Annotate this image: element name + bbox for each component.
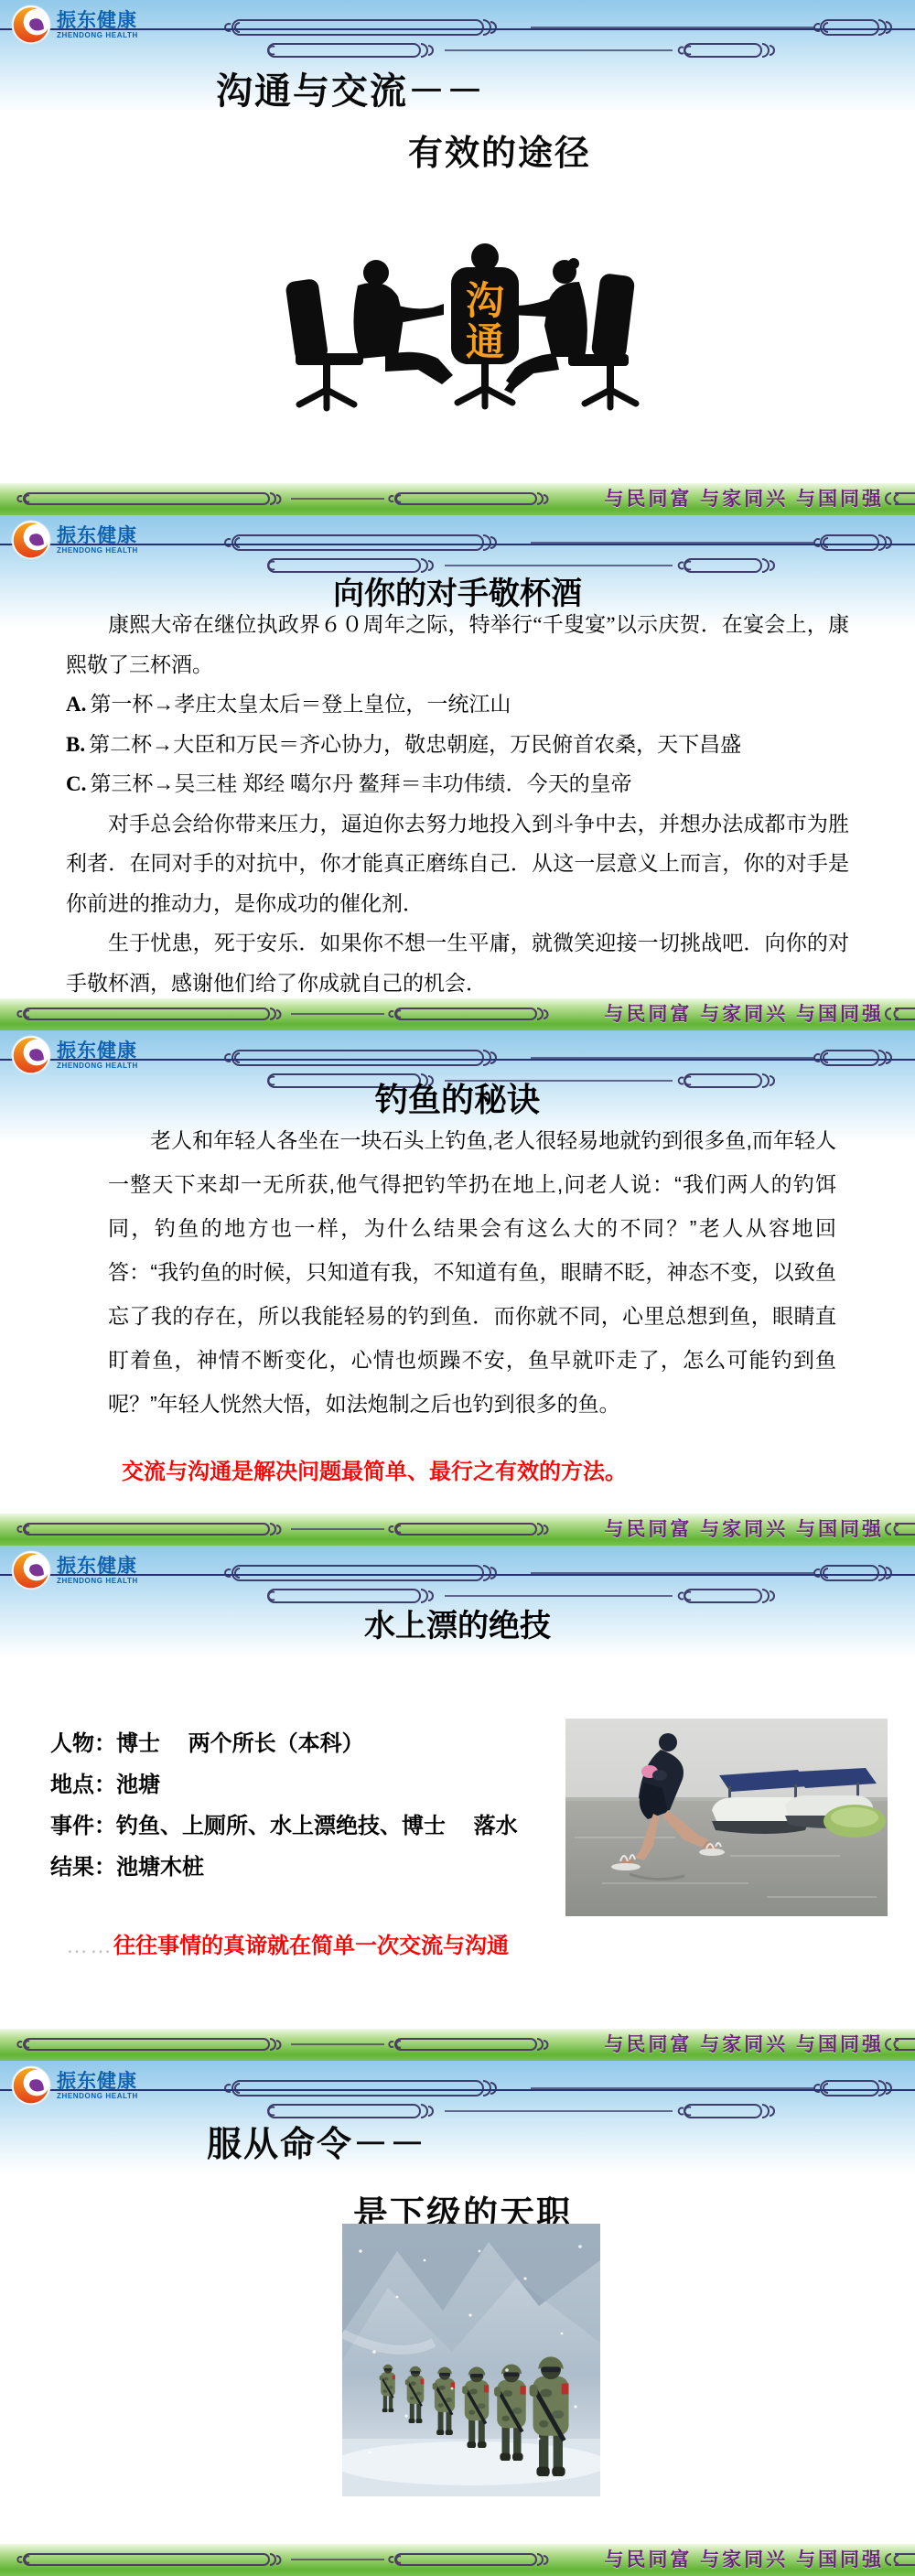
water-running-photo [565,1719,888,1916]
slide1-title-line1: 沟通与交流－－ [216,62,485,114]
zhendong-logo: 振东健康 ZHENDONG HEALTH [11,1035,138,1075]
communication-silhouette-image: 沟 通 [270,227,700,424]
slide2-body: 康熙大帝在继位执政界６０周年之际，特举行“千叟宴”以示庆贺．在宴会上，康熙敬了三… [66,605,849,1003]
item-b-label: B. [66,733,89,756]
slide4-highlight: ……往往事情的真谛就在简单一次交流与沟通 [66,1927,509,1959]
slide1-title-line2: 有效的途径 [408,124,591,175]
slide2-item-a: A.第一杯→孝庄太皇太后＝登上皇位，一统江山 [66,684,849,725]
item-a-label: A. [66,693,90,716]
zhendong-flame-icon [11,520,51,560]
slide-footer: 与民同富 与家同兴 与国同强 [0,482,915,515]
zhendong-logo: 振东健康 ZHENDONG HEALTH [11,520,138,560]
soldiers-in-snow-photo [342,2224,600,2496]
zhendong-flame-icon [11,1550,51,1590]
fact-row-person: 人物：博士 两个所长（本科） [50,1723,518,1764]
zhendong-logo: 振东健康 ZHENDONG HEALTH [11,5,138,45]
logo-name-en: ZHENDONG HEALTH [57,31,138,39]
fact-row-place: 地点：池塘 [50,1764,518,1805]
slide3-highlight: 交流与沟通是解决问题最简单、最行之有效的方法。 [122,1453,627,1485]
footer-slogan: 与民同富 与家同兴 与国同强 [604,484,884,512]
communication-label-char1: 沟 [466,279,504,322]
slide2-item-c: C.第三杯→吴三桂 郑经 噶尔丹 鳌拜＝丰功伟绩．今天的皇帝 [66,764,849,804]
slide-header: 振东健康 ZHENDONG HEALTH [0,2061,915,2172]
logo-name-en: ZHENDONG HEALTH [57,1577,138,1585]
zhendong-logo: 振东健康 ZHENDONG HEALTH [11,1550,138,1590]
slide-footer: 与民同富 与家同兴 与国同强 [0,2028,915,2061]
logo-name-cn: 振东健康 [57,526,138,546]
item-c-label: C. [66,772,90,795]
slide3-title: 钓鱼的秘诀 [0,1074,915,1121]
logo-name-cn: 振东健康 [57,1041,138,1062]
slide2-paragraph-1: 康熙大帝在继位执政界６０周年之际，特举行“千叟宴”以示庆贺．在宴会上，康熙敬了三… [66,605,849,684]
logo-name-en: ZHENDONG HEALTH [57,2092,138,2100]
slide-footer: 与民同富 与家同兴 与国同强 [0,2543,915,2576]
logo-name-en: ZHENDONG HEALTH [57,546,138,555]
zhendong-flame-icon [11,2065,51,2106]
logo-name-en: ZHENDONG HEALTH [57,1062,138,1070]
zhendong-flame-icon [11,1035,51,1075]
slide-5: 振东健康 ZHENDONG HEALTH 服从命令－－ 是下级的天职 [0,2061,915,2576]
slide5-title-line1: 服从命令－－ [207,2116,426,2166]
slide-4: 振东健康 ZHENDONG HEALTH 水上漂的绝技 人物：博士 两个所长（本… [0,1546,915,2061]
zhendong-flame-icon [11,5,51,45]
zhendong-logo: 振东健康 ZHENDONG HEALTH [11,2065,138,2106]
logo-name-cn: 振东健康 [57,11,138,31]
communication-label-char2: 通 [466,320,504,363]
slide-1: 振东健康 ZHENDONG HEALTH 沟通与交流－－ 有效的途径 [0,0,915,515]
slide-footer: 与民同富 与家同兴 与国同强 [0,997,915,1030]
footer-slogan: 与民同富 与家同兴 与国同强 [604,1514,884,1542]
slide2-item-b: B.第二杯→大臣和万民＝齐心协力，敬忠朝庭，万民俯首农桑，天下昌盛 [66,725,849,765]
slide2-paragraph-2: 对手总会给你带来压力，逼迫你去努力地投入到斗争中去，并想办法成都市为胜利者．在同… [66,804,849,924]
leading-dots: …… [66,1934,113,1958]
fact-row-event: 事件：钓鱼、上厕所、水上漂绝技、博士 落水 [50,1805,518,1847]
logo-name-cn: 振东健康 [57,1557,138,1577]
presentation-print-view: 振东健康 ZHENDONG HEALTH 沟通与交流－－ 有效的途径 [0,0,915,2576]
footer-slogan: 与民同富 与家同兴 与国同强 [604,2545,884,2572]
footer-slogan: 与民同富 与家同兴 与国同强 [604,999,884,1027]
footer-slogan: 与民同富 与家同兴 与国同强 [604,2030,884,2057]
fact-row-result: 结果：池塘木桩 [50,1847,518,1888]
slide4-title: 水上漂的绝技 [0,1601,915,1645]
logo-name-cn: 振东健康 [57,2072,138,2092]
slide3-body: 老人和年轻人各坐在一块石头上钓鱼,老人很轻易地就钓到很多鱼,而年轻人一整天下来却… [108,1118,836,1426]
slide-footer: 与民同富 与家同兴 与国同强 [0,1513,915,1546]
slide4-fact-list: 人物：博士 两个所长（本科） 地点：池塘 事件：钓鱼、上厕所、水上漂绝技、博士 … [50,1723,518,1888]
slide-3: 振东健康 ZHENDONG HEALTH 钓鱼的秘诀 老人和年轻人各坐在一块石头… [0,1030,915,1546]
slide2-paragraph-3: 生于忧患，死于安乐．如果你不想一生平庸，就微笑迎接一切挑战吧．向你的对手敬杯酒，… [66,923,849,1003]
slide-2: 振东健康 ZHENDONG HEALTH 向你的对手敬杯酒 康熙大帝在继位执政界… [0,515,915,1030]
